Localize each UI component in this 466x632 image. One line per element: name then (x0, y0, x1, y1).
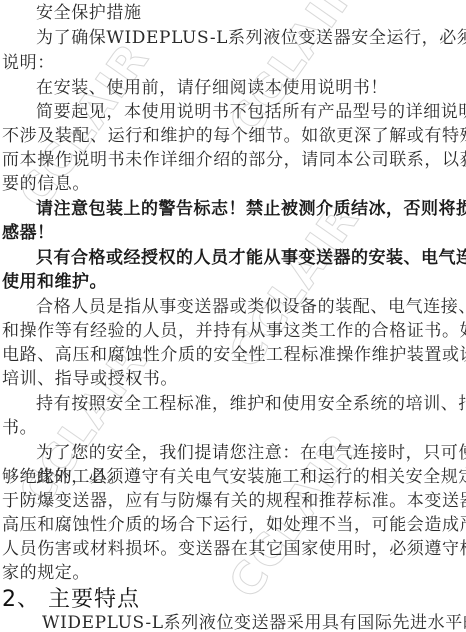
warning-line: 感器！ (2, 222, 464, 244)
paragraph-line: 而本操作说明书未作详细介绍的部分，请同本公司联系，以获得必 (2, 149, 464, 171)
paragraph-line: 此外，必须遵守有关电气安装施工和运行的相关安全规定。对 (36, 466, 464, 488)
paragraph-line: 和操作等有经验的人员，并持有从事这类工作的合格证书。如持有 (2, 320, 464, 342)
document-page: CCLAIR CCLAIR CCLAIR CCLAIR CCLAIR 安全保护措… (0, 0, 466, 632)
paragraph-line: 在安装、使用前，请仔细阅读本使用说明书！ (36, 77, 464, 99)
paragraph-line: 为了您的安全，我们提请您注意：在电气连接时，只可使用足 (36, 442, 464, 464)
paragraph-line: 说明： (2, 52, 464, 74)
warning-line: 请注意包装上的警告标志！禁止被测介质结冰，否则将损坏传 (36, 198, 464, 220)
paragraph-line: 为了确保WIDEPLUS-L系列液位变送器安全运行，必须遵守以下 (36, 27, 464, 49)
paragraph-line: 电路、高压和腐蚀性介质的安全性工程标准操作维护装置或设备的 (2, 344, 464, 366)
section-heading: 2、 主要特点 (2, 586, 140, 614)
section-title: 安全保护措施 (36, 2, 464, 24)
warning-line: 只有合格或经授权的人员才能从事变送器的安装、电气连接、 (36, 247, 464, 269)
paragraph-line: 要的信息。 (2, 173, 464, 195)
paragraph-line: 简要起见，本使用说明书不包括所有产品型号的详细说明，也 (36, 101, 464, 123)
paragraph-line: 高压和腐蚀性介质的场合下运行，如处理不当，可能会造成严重的 (2, 514, 464, 536)
paragraph-line: 书。 (2, 417, 464, 439)
paragraph-line: 持有按照安全工程标准，维护和使用安全系统的培训、指导证 (36, 393, 464, 415)
paragraph-line: 家的规定。 (2, 562, 464, 584)
paragraph-line: 合格人员是指从事变送器或类似设备的装配、电气连接、使用 (36, 296, 464, 318)
paragraph-line: 培训、指导或授权书。 (2, 368, 464, 390)
paragraph-line: 不涉及装配、运行和维护的每个细节。如欲更深了解或有特殊问题， (2, 125, 464, 147)
paragraph-line: WIDEPLUS-L系列液位变送器采用具有国际先进水平的传感器， (42, 612, 466, 632)
paragraph-line: 人员伤害或材料损坏。变送器在其它国家使用时，必须遵守相关国 (2, 538, 464, 560)
paragraph-line: 于防爆变送器，应有与防爆有关的规程和推荐标准。本变送器能在 (2, 490, 464, 512)
warning-line: 使用和维护。 (2, 271, 464, 293)
